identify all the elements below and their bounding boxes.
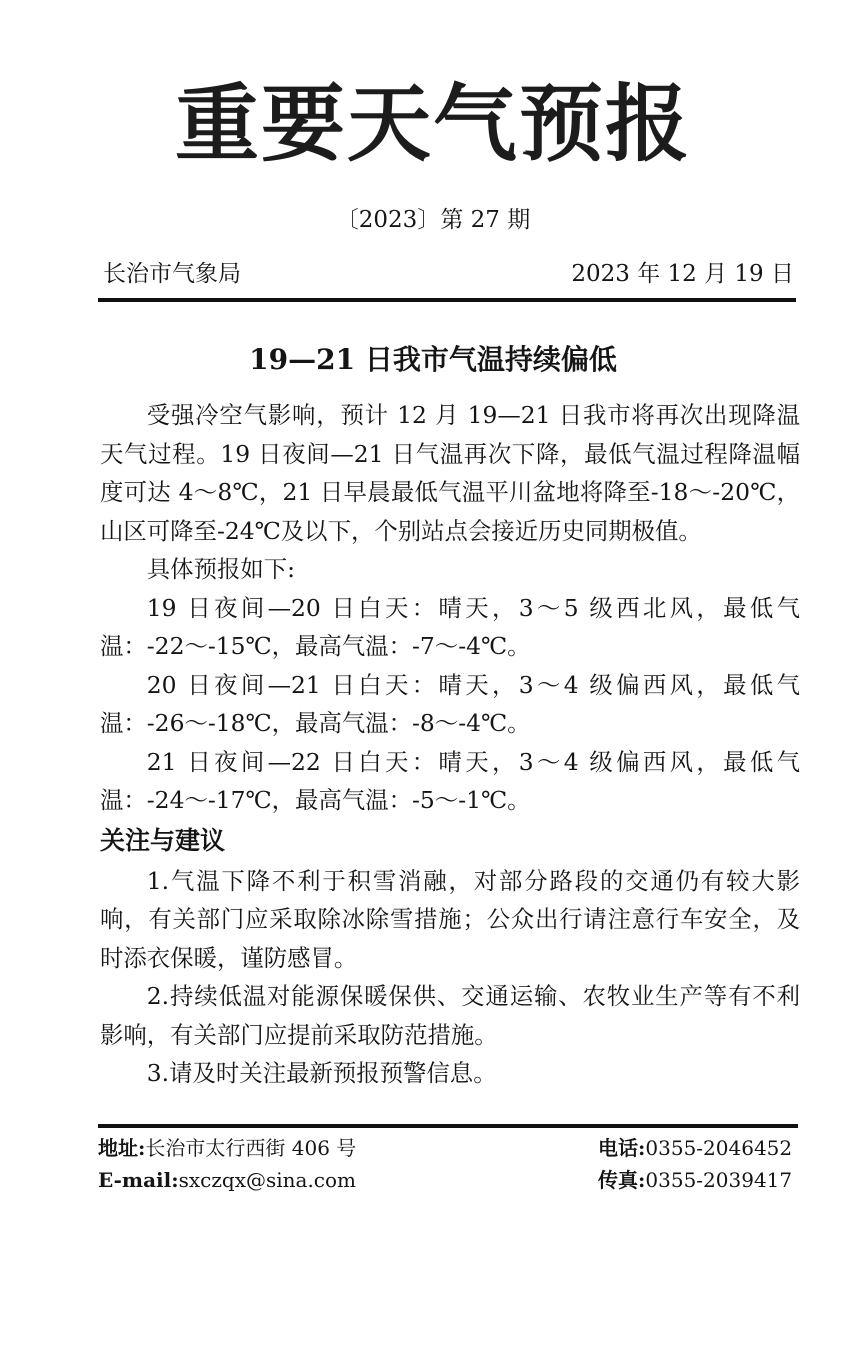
advice-section-title: 关注与建议 xyxy=(100,820,800,862)
fax-value: 0355-2039417 xyxy=(645,1168,792,1192)
phone-label: 电话: xyxy=(598,1136,645,1160)
intro-paragraph: 受强冷空气影响，预计 12 月 19—21 日我市将再次出现降温天气过程。19 … xyxy=(100,396,800,550)
phone-value: 0355-2046452 xyxy=(645,1136,792,1160)
document-body: 受强冷空气影响，预计 12 月 19—21 日我市将再次出现降温天气过程。19 … xyxy=(100,396,800,1093)
address-value: 长治市太行西街 406 号 xyxy=(145,1136,356,1160)
footer-divider xyxy=(98,1124,798,1128)
footer: 地址:长治市太行西街 406 号 电话:0355-2046452 E-mail:… xyxy=(98,1132,798,1196)
forecast-item: 20 日夜间—21 日白天：晴天，3～4 级偏西风，最低气温：-26～-18℃，… xyxy=(100,666,800,743)
forecast-item: 21 日夜间—22 日白天：晴天，3～4 级偏西风，最低气温：-24～-17℃，… xyxy=(100,743,800,820)
fax-label: 传真: xyxy=(598,1168,645,1192)
issuing-agency: 长治市气象局 xyxy=(103,258,241,290)
issue-number: 〔2023〕第 27 期 xyxy=(0,204,866,236)
header-divider xyxy=(98,298,796,302)
email: E-mail:sxczqx@sina.com xyxy=(98,1164,356,1196)
email-label: E-mail: xyxy=(98,1168,179,1192)
forecast-item: 19 日夜间—20 日白天：晴天，3～5 级西北风，最低气温：-22～-15℃，… xyxy=(100,589,800,666)
footer-row: E-mail:sxczqx@sina.com 传真:0355-2039417 xyxy=(98,1164,798,1196)
footer-row: 地址:长治市太行西街 406 号 电话:0355-2046452 xyxy=(98,1132,798,1164)
headline: 19—21 日我市气温持续偏低 xyxy=(0,340,866,380)
advice-item: 2.持续低温对能源保暖保供、交通运输、农牧业生产等有不利影响，有关部门应提前采取… xyxy=(100,977,800,1054)
masthead-title: 重要天气预报 xyxy=(0,78,866,170)
advice-item: 3.请及时关注最新预报预警信息。 xyxy=(100,1054,800,1093)
address: 地址:长治市太行西街 406 号 xyxy=(98,1132,356,1164)
advice-item: 1.气温下降不利于积雪消融，对部分路段的交通仍有较大影响，有关部门应采取除冰除雪… xyxy=(100,862,800,978)
issue-date: 2023 年 12 月 19 日 xyxy=(571,258,794,290)
fax: 传真:0355-2039417 xyxy=(598,1164,798,1196)
email-value: sxczqx@sina.com xyxy=(179,1168,356,1192)
address-label: 地址: xyxy=(98,1136,145,1160)
forecast-lead: 具体预报如下: xyxy=(100,550,800,589)
phone: 电话:0355-2046452 xyxy=(598,1132,798,1164)
